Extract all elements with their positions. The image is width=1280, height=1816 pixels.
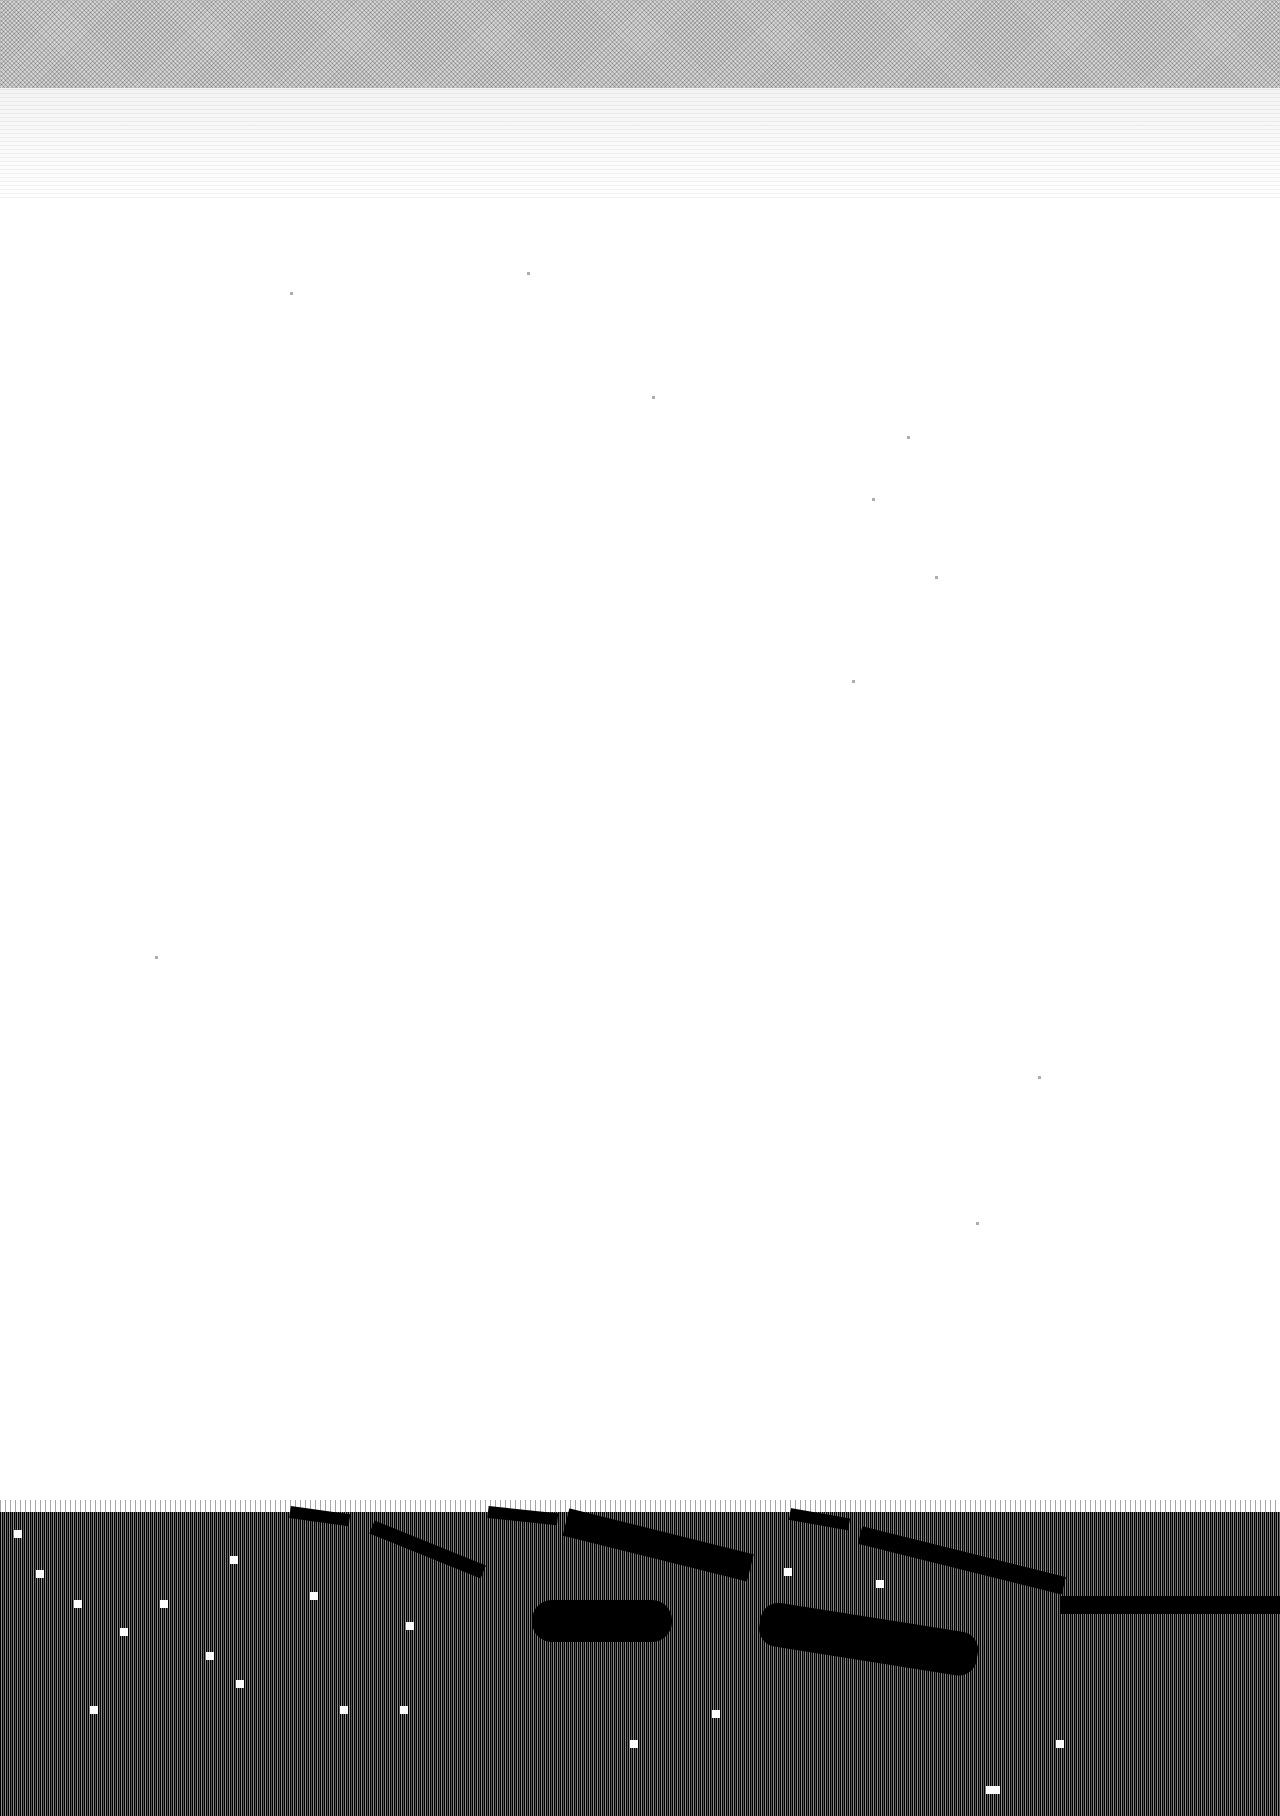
speck [652, 396, 655, 399]
white-speckle [310, 1592, 318, 1600]
white-speckle [14, 1530, 22, 1538]
white-speckle [400, 1706, 408, 1714]
white-speckle [90, 1706, 98, 1714]
top-band [0, 0, 1280, 88]
white-speckle [712, 1710, 720, 1718]
speck [290, 292, 293, 295]
white-speckle [340, 1706, 348, 1714]
speck [872, 498, 875, 501]
white-speckle [230, 1556, 238, 1564]
speck [935, 576, 938, 579]
white-speckle [120, 1628, 128, 1636]
speck [976, 1222, 979, 1225]
top-band-fade [0, 88, 1280, 198]
speck [527, 272, 530, 275]
white-speckle [406, 1622, 414, 1630]
white-speckle [1056, 1740, 1064, 1748]
speck [852, 680, 855, 683]
white-speckle [236, 1680, 244, 1688]
white-speckle [36, 1570, 44, 1578]
white-speckle [206, 1652, 214, 1660]
white-speckle [876, 1580, 884, 1588]
speck [1038, 1076, 1041, 1079]
white-speckle [986, 1786, 1000, 1794]
white-speckle [74, 1600, 82, 1608]
speck [907, 436, 910, 439]
dark-streak [1060, 1596, 1280, 1614]
white-speckle [160, 1600, 168, 1608]
dithered-scene [0, 0, 1280, 1816]
ground-region [0, 1512, 1280, 1816]
dark-streak [532, 1600, 672, 1642]
white-speckle [784, 1568, 792, 1576]
middle-region [0, 198, 1280, 1508]
white-speckle [630, 1740, 638, 1748]
speck [155, 956, 158, 959]
